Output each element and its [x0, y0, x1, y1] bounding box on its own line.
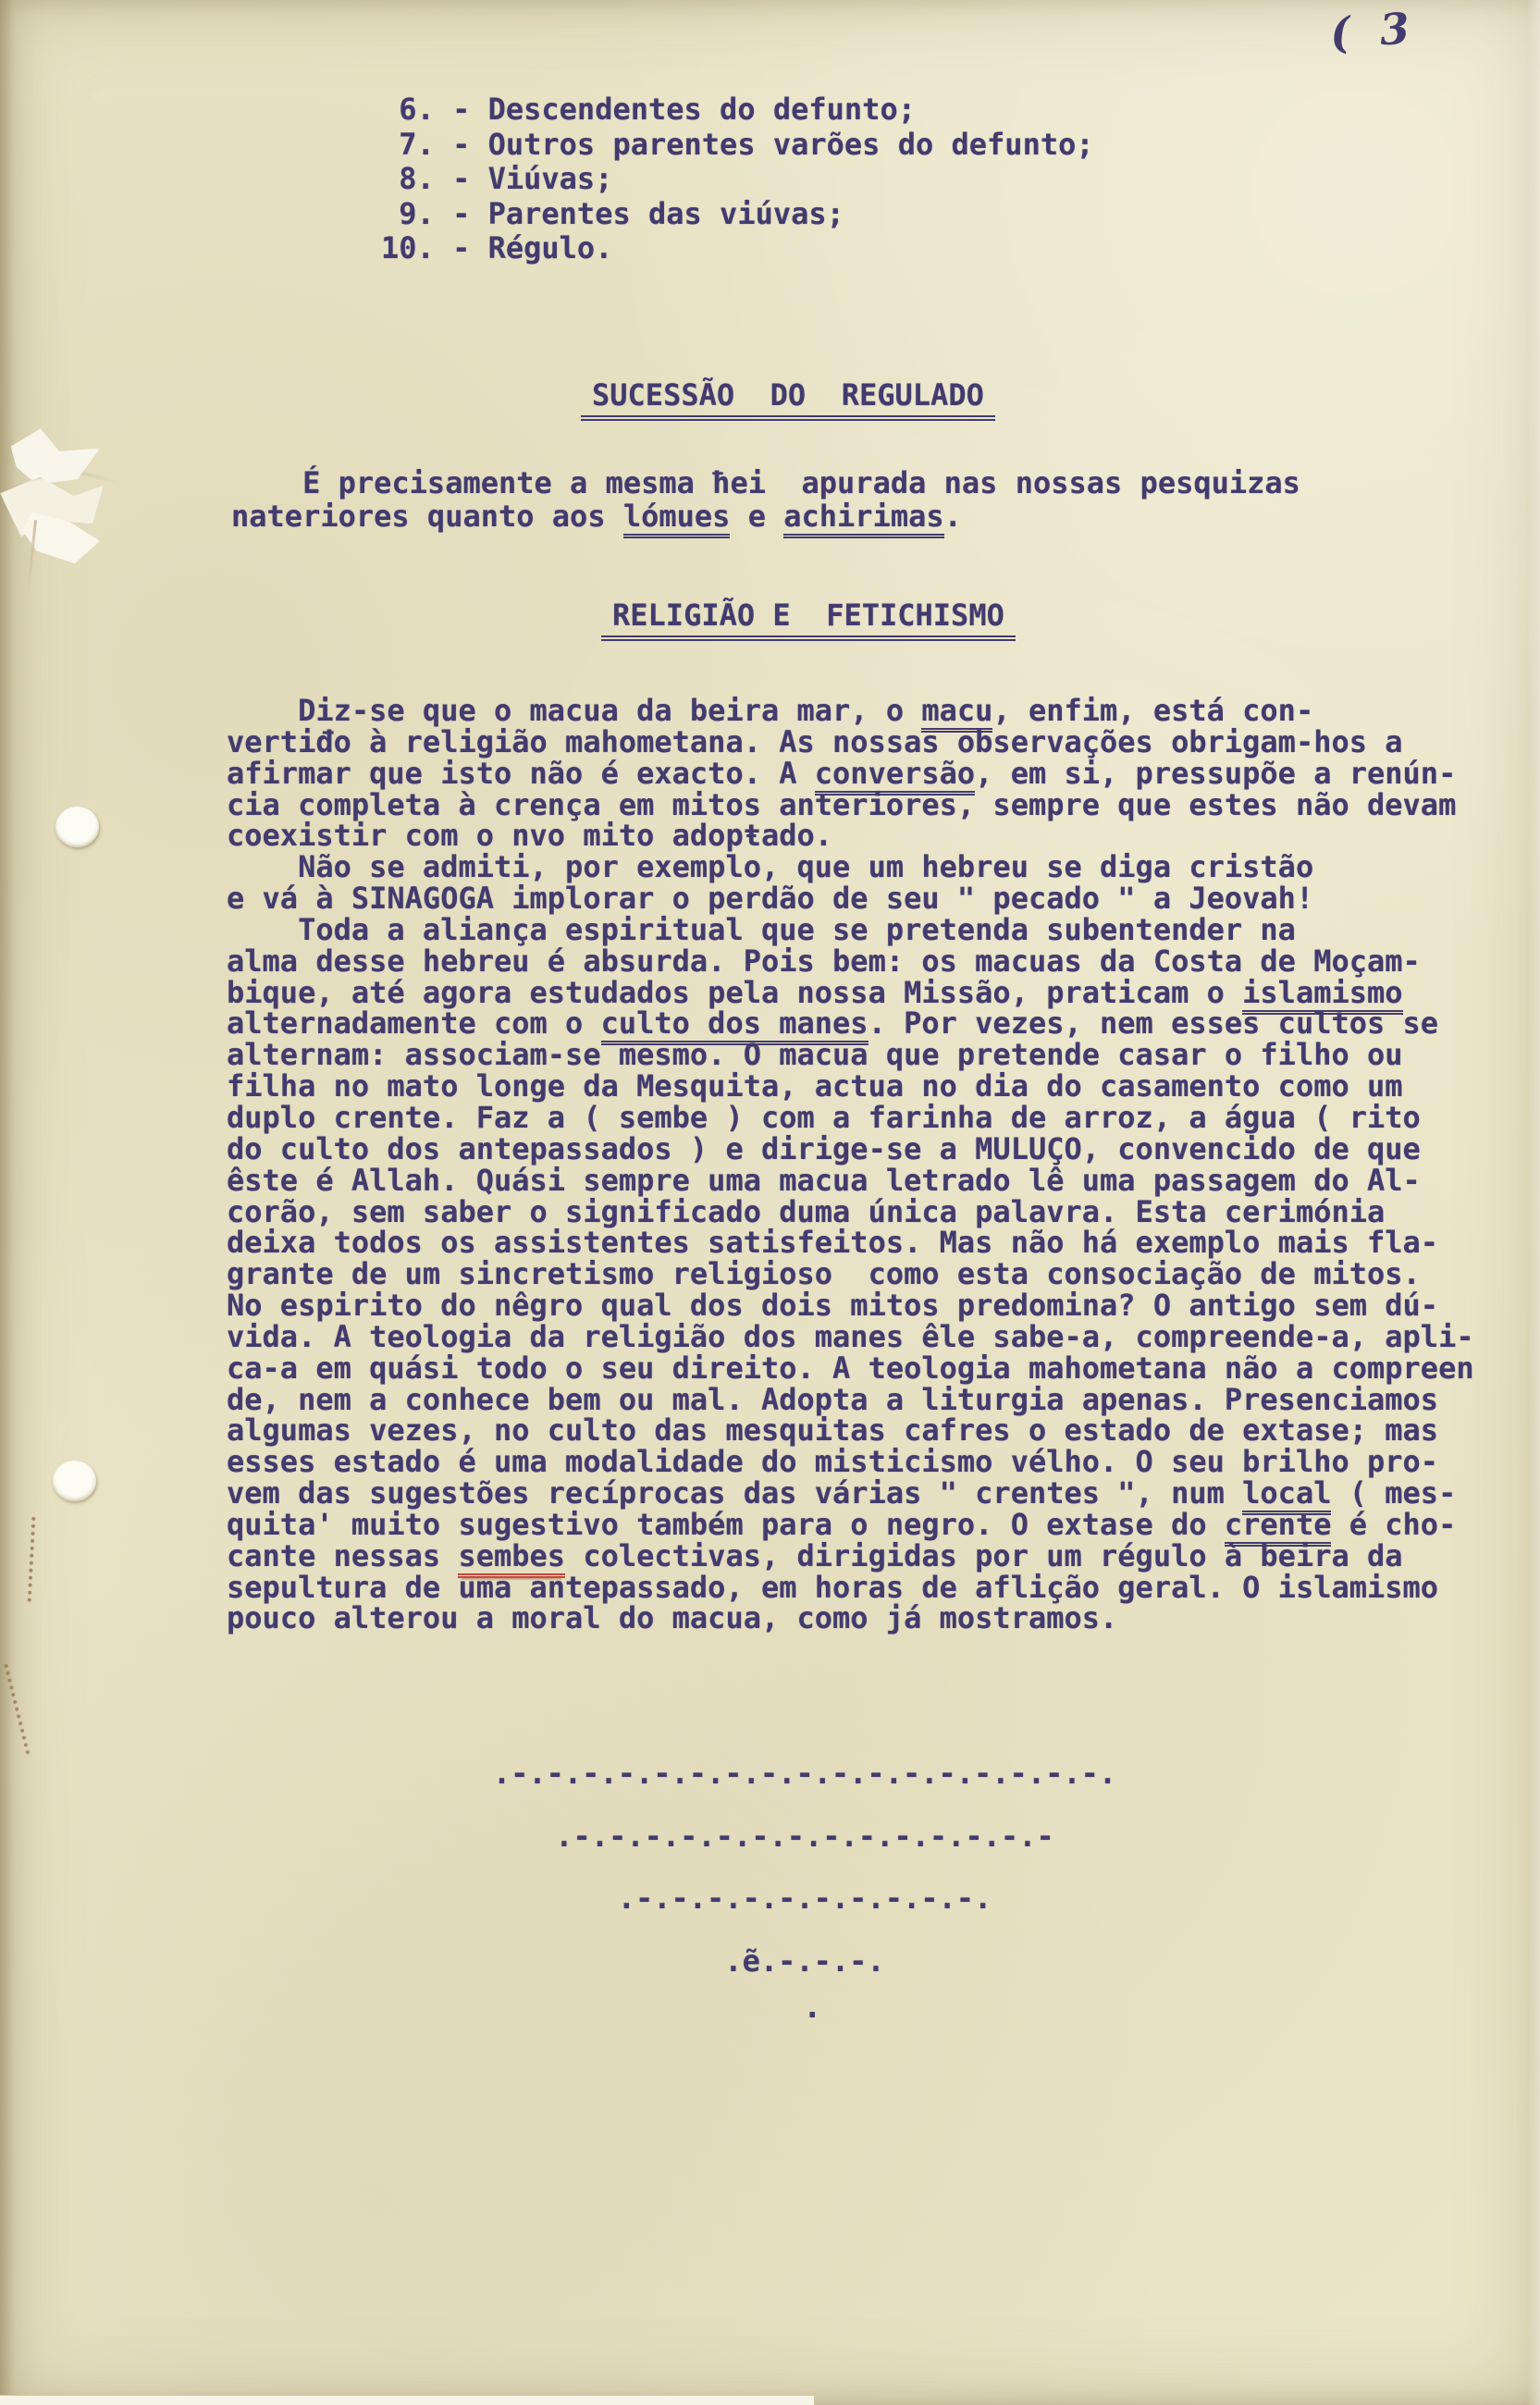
paper-tear-shadow	[14, 455, 122, 486]
text-line: e vá à SINAGOGA implorar o perdão de seu…	[227, 883, 1474, 915]
text-line: coexistir com o nvo mito adopŧado.	[227, 820, 1474, 852]
text-line: do culto dos antepassados ) e dirige-se …	[227, 1134, 1474, 1165]
intro-paragraph: É precisamente a mesma ħei apurada nas n…	[231, 466, 1300, 533]
text-line: 6. - Descendentes do defunto;	[381, 92, 1094, 128]
punch-hole	[53, 1461, 96, 1501]
text-line: algumas vezes, no culto das mesquitas ca…	[227, 1415, 1474, 1447]
text-line: pouco alterou a moral do macua, como já …	[227, 1603, 1474, 1634]
text-line: vem das sugestões recíprocas das várias …	[227, 1478, 1474, 1510]
text-line: bique, até agora estudados pela nossa Mi…	[227, 978, 1474, 1009]
text-line: ca-a em quási todo o seu direito. A teol…	[227, 1353, 1474, 1385]
scanned-document-page: ( 3 6. - Descendentes do defunto; 7. - O…	[0, 0, 1540, 2405]
page-number: ( 3	[1328, 3, 1418, 58]
paper-crease	[25, 520, 37, 609]
text-line: deixa todos os assistentes satisfeitos. …	[227, 1227, 1474, 1259]
text-line: afirmar que isto não é exacto. A convers…	[227, 758, 1474, 790]
text-line: êste é Allah. Quási sempre uma macua let…	[227, 1165, 1474, 1197]
text-line: alternadamente com o culto dos manes. Po…	[227, 1008, 1474, 1040]
heading-religiao-e-fetichismo: RELIGIÃO E FETICHISMO	[601, 599, 1016, 641]
page-bottom-edge	[0, 2395, 814, 2405]
text-line: Toda a aliança espiritual que se pretend…	[227, 915, 1474, 946]
text-line: vida. A teologia da religião dos manes ê…	[227, 1322, 1474, 1353]
text-line: 7. - Outros parentes varões do defunto;	[381, 128, 1094, 163]
text-line: sepultura de uma antepassado, em horas d…	[227, 1572, 1474, 1604]
text-line: de, nem a conhece bem ou mal. Adopta a l…	[227, 1385, 1474, 1416]
underlined-word: achirimas	[783, 499, 943, 538]
text-line: grante de um sincretismo religioso como …	[227, 1259, 1474, 1290]
text-line: 9. - Parentes das viúvas;	[381, 197, 1094, 232]
text-line: esses estado é uma modalidade do mistici…	[227, 1447, 1474, 1478]
heading-sucessao-do-regulado: SUCESSÃO DO REGULADO	[581, 379, 995, 421]
paper-stain	[4, 1660, 43, 1754]
paper-stain	[28, 1517, 42, 1602]
paper-tear	[6, 425, 102, 493]
text-line: nateriores quanto aos lómues e achirimas…	[231, 499, 1300, 533]
body-text: Diz-se que o macua da beira mar, o macu,…	[227, 696, 1474, 1634]
typed-separator-rows: .-.-.-.-.-.-.-.-.-.-.-.-.-.-.-.-.-..-.-.…	[74, 1756, 1535, 2005]
text-line: vertiđo à religião mahometana. As nossas…	[227, 727, 1474, 758]
text-line: quita' muito sugestivo também para o neg…	[227, 1510, 1474, 1541]
text-line: No espirito do nêgro qual dos dois mitos…	[227, 1290, 1474, 1322]
text-line: .-.-.-.-.-.-.-.-.-.-.-.-.-.-	[74, 1819, 1535, 1881]
succession-list: 6. - Descendentes do defunto; 7. - Outro…	[381, 92, 1094, 266]
text-line: duplo crente. Faz a ( sembe ) com a fari…	[227, 1103, 1474, 1134]
final-dot: .	[803, 1989, 821, 2026]
punch-hole	[55, 807, 99, 847]
text-line: Não se admiti, por exemplo, que um hebre…	[227, 852, 1474, 883]
text-line: cia completa à crença em mitos anteriore…	[227, 790, 1474, 821]
text-line: 8. - Viúvas;	[381, 162, 1094, 197]
paper-tear	[0, 469, 108, 538]
text-line: filha no mato longe da Mesquita, actua n…	[227, 1071, 1474, 1103]
text-line: Diz-se que o macua da beira mar, o macu,…	[227, 696, 1474, 727]
text-line: .-.-.-.-.-.-.-.-.-.-.	[74, 1881, 1535, 1943]
text-line: alma desse hebreu é absurda. Pois bem: o…	[227, 946, 1474, 978]
text-line: cante nessas sembes colectivas, dirigida…	[227, 1541, 1474, 1572]
text-line: corão, sem saber o significado duma únic…	[227, 1197, 1474, 1228]
text-line: .-.-.-.-.-.-.-.-.-.-.-.-.-.-.-.-.-.	[74, 1756, 1535, 1819]
text-line: 10. - Régulo.	[381, 231, 1094, 266]
text-line: alternam: associam-se mesmo. O macua que…	[227, 1040, 1474, 1071]
underlined-word: lómues	[623, 499, 731, 538]
text-line: É precisamente a mesma ħei apurada nas n…	[231, 466, 1300, 499]
